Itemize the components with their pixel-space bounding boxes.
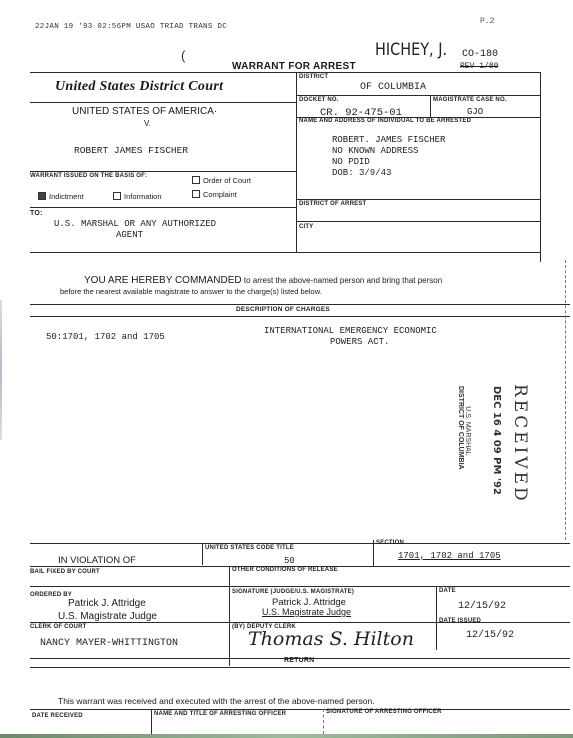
name-address-line: NO KNOWN ADDRESS — [332, 146, 445, 157]
charges-description-line2: POWERS ACT. — [330, 337, 389, 347]
basis-option-information[interactable]: Information — [113, 192, 162, 201]
rule-clerk-top — [30, 622, 570, 623]
command-text-line1: YOU ARE HEREBY COMMANDED to arrest the a… — [84, 275, 442, 286]
plaintiff-text: UNITED STATES OF AMERICA — [72, 106, 214, 117]
return-label: RETURN — [284, 657, 314, 664]
stamp-date: DEC 16 4 09 PM '92 — [491, 386, 502, 495]
name-address-label: NAME AND ADDRESS OF INDIVIDUAL TO BE ARR… — [299, 118, 471, 124]
scan-right-edge — [565, 260, 566, 540]
date-issued-value: 12/15/92 — [466, 630, 514, 641]
rule-officer-top — [30, 709, 570, 710]
magistrate-case-label: MAGISTRATE CASE NO. — [433, 97, 507, 103]
basis-option-indictment[interactable]: Indictment — [38, 192, 84, 201]
order-of-court-label: Order of Court — [203, 176, 251, 185]
ordered-by-name: Patrick J. Attridge — [68, 598, 146, 609]
date-label: DATE — [439, 588, 456, 594]
deputy-signature: Thomas S. Hilton — [248, 628, 414, 650]
district-of-arrest-label: DISTRICT OF ARREST — [299, 201, 366, 207]
rule-docket-divider — [430, 95, 431, 117]
rule-officer-divider — [151, 709, 152, 734]
rule-ordered-top — [30, 586, 570, 587]
complaint-label: Complaint — [203, 190, 237, 199]
name-address-line: DOB: 3/9/43 — [332, 168, 445, 179]
rule-district-arrest — [296, 199, 540, 200]
name-address-block: ROBERT. JAMES FISCHER NO KNOWN ADDRESS N… — [332, 135, 445, 179]
scan-bottom-edge — [0, 734, 573, 738]
fax-page-number: P.2 — [480, 17, 494, 26]
rule-district — [296, 95, 540, 96]
other-conditions-label: OTHER CONDITIONS OF RELEASE — [232, 567, 338, 573]
signature-label: SIGNATURE (JUDGE/U.S. MAGISTRATE) — [232, 589, 354, 595]
information-label: Information — [124, 192, 162, 201]
information-checkbox[interactable] — [113, 192, 121, 200]
charges-code: 50:1701, 1702 and 1705 — [46, 332, 165, 342]
received-stamp-agency: U.S. MARSHAL DISTRICT OF COLUMBIA — [457, 386, 471, 476]
city-label: CITY — [299, 224, 313, 230]
arresting-signature-label: SIGNATURE OF ARRESTING OFFICER — [326, 709, 442, 715]
indictment-checkbox[interactable] — [38, 192, 46, 200]
rule-court — [30, 102, 296, 103]
rule-violation-top — [30, 543, 570, 544]
rule-sig-divider — [323, 709, 324, 734]
basis-option-complaint[interactable]: Complaint — [192, 190, 237, 199]
rule-date-divider — [436, 586, 437, 650]
basis-option-order-of-court[interactable]: Order of Court — [192, 176, 251, 185]
warrant-title: WARRANT FOR ARREST — [232, 61, 356, 72]
to-label: TO: — [30, 210, 43, 217]
handwritten-name-note: HICHEY, J. — [375, 40, 447, 60]
signature-title: U.S. Magistrate Judge — [262, 607, 351, 617]
section-label: SECTION — [376, 540, 404, 546]
rule-conditions-divider — [229, 566, 230, 666]
bail-label: BAIL FIXED BY COURT — [30, 569, 100, 575]
court-name: United States District Court — [55, 79, 223, 95]
date-issued-label: DATE ISSUED — [439, 618, 481, 624]
command-bold: YOU ARE HEREBY COMMANDED — [84, 275, 242, 286]
charges-label: DESCRIPTION OF CHARGES — [236, 306, 330, 313]
ordered-by-label: ORDERED BY — [30, 592, 72, 598]
fax-transmission-header: 22JAN 19 '93 02:56PM USAO TRIAD TRANS DC — [35, 23, 227, 31]
command-rest: to arrest the above-named person and bri… — [242, 276, 443, 285]
date-received-label: DATE RECEIVED — [32, 713, 83, 719]
to-value-line2: AGENT — [116, 230, 143, 240]
rule-to — [30, 207, 296, 208]
name-address-line: NO PDID — [332, 157, 445, 168]
rule-usc-divider — [202, 543, 203, 565]
form-number: CO-180 — [462, 49, 498, 60]
district-value: OF COLUMBIA — [360, 82, 426, 93]
received-stamp-date: DEC 16 4 09 PM '92 — [491, 386, 502, 495]
rule-city — [296, 221, 540, 222]
usc-title-value: 50 — [284, 556, 295, 566]
versus-label: V. — [144, 119, 151, 128]
received-stamp: RECEIVED — [510, 384, 530, 504]
return-statement: This warrant was received and executed w… — [58, 696, 375, 706]
section-value: 1701, 1702 and 1705 — [398, 551, 501, 561]
indictment-label: Indictment — [49, 192, 84, 201]
rule-basis — [30, 171, 296, 172]
clerk-label: CLERK OF COURT — [30, 624, 86, 630]
rule-col-divider — [296, 72, 297, 252]
usc-title-label: UNITED STATES CODE TITLE — [205, 545, 294, 551]
rule-return-bottom — [30, 667, 570, 668]
district-label: DISTRICT — [299, 74, 328, 80]
to-value-line1: U.S. MARSHAL OR ANY AUTHORIZED — [54, 219, 216, 229]
name-address-line: ROBERT. JAMES FISCHER — [332, 135, 445, 146]
complaint-checkbox[interactable] — [192, 190, 200, 198]
stamp-agency-line1: U.S. MARSHAL — [464, 386, 471, 476]
plaintiff-name: UNITED STATES OF AMERICA· — [72, 106, 217, 117]
basis-label: WARRANT ISSUED ON THE BASIS OF: — [30, 173, 147, 179]
stamp-agency-line2: DISTRICT OF COLUMBIA — [457, 386, 464, 476]
defendant-name: ROBERT JAMES FISCHER — [74, 145, 188, 156]
form-revision: REV 1/80 — [460, 62, 498, 71]
charges-description-line1: INTERNATIONAL EMERGENCY ECONOMIC — [264, 326, 437, 336]
rule-header-bottom — [30, 252, 540, 253]
rule-charges-top — [30, 304, 570, 305]
order-of-court-checkbox[interactable] — [192, 176, 200, 184]
rule-top — [30, 72, 540, 73]
date-value: 12/15/92 — [458, 601, 506, 612]
arresting-officer-label: NAME AND TITLE OF ARRESTING OFFICER — [154, 711, 286, 717]
stamp-received-word: RECEIVED — [510, 384, 530, 504]
magistrate-case-value: GJO — [467, 107, 483, 117]
scan-left-artifact — [0, 300, 2, 440]
clerk-name: NANCY MAYER-WHITTINGTON — [40, 638, 178, 649]
paren-mark: ( — [181, 48, 185, 63]
rule-charges-bottom — [30, 316, 570, 317]
docket-label: DOCKET NO. — [299, 97, 339, 103]
violation-label: IN VIOLATION OF — [58, 555, 136, 566]
rule-section-divider — [373, 540, 374, 567]
rule-right-edge — [540, 72, 541, 262]
ordered-by-title: U.S. Magistrate Judge — [58, 611, 157, 622]
command-text-line2: before the nearest available magistrate … — [60, 287, 322, 296]
